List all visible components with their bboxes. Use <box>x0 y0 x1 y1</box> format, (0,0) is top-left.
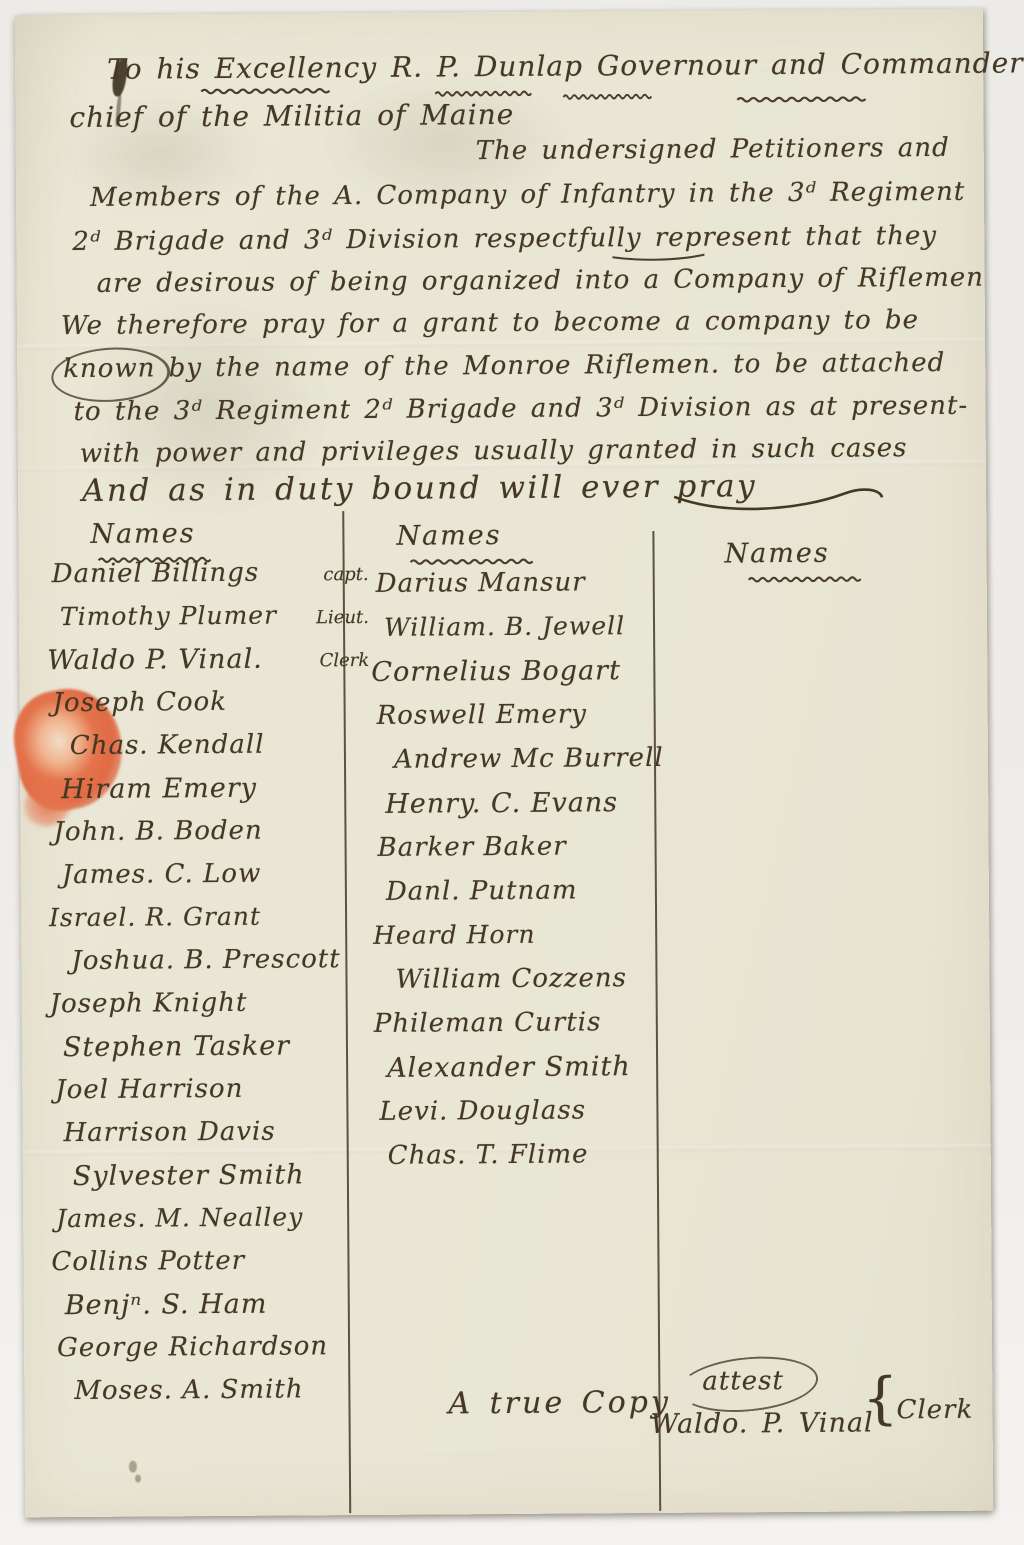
signature-name: Danl. Putnam <box>386 875 578 906</box>
signature-name: Roswell Emery <box>377 699 587 730</box>
signature: Henry. C. Evans <box>372 787 672 833</box>
signature-name: Israel. R. Grant <box>49 902 261 932</box>
signature: Moses. A. Smith <box>52 1374 374 1419</box>
signature-name: George Richardson <box>57 1331 328 1363</box>
signature-name: Collins Potter <box>51 1246 245 1277</box>
pray-flourish <box>674 481 884 516</box>
signature-name: James. C. Low <box>62 859 262 890</box>
signature: Joseph Knight <box>50 987 372 1032</box>
wavy-underline <box>435 90 531 98</box>
names-header-2: Names <box>396 520 501 552</box>
body-line: are desirous of being organized into a C… <box>97 263 985 299</box>
ink-smudge <box>129 1461 137 1473</box>
signature: Collins Potter <box>51 1245 373 1290</box>
signature: William Cozzens <box>373 963 673 1009</box>
signature-role: Clerk <box>319 643 369 671</box>
signature: Hiram Emery <box>48 772 370 817</box>
signature-name: Darius Mansur <box>376 567 586 598</box>
signature: Chas. T. Flime <box>375 1139 675 1185</box>
signature-name: Sylvester Smith <box>73 1159 305 1192</box>
signature-name: Henry. C. Evans <box>385 787 618 820</box>
signature: Benjⁿ. S. Ham <box>52 1288 374 1333</box>
signature: Andrew Mc Burrell <box>372 743 672 789</box>
signature: Joshua. B. Prescott <box>49 944 371 989</box>
body-line: Members of the A. Company of Infantry in… <box>90 177 965 213</box>
wavy-underline <box>749 576 861 584</box>
signature-name: Joseph Knight <box>50 988 248 1019</box>
signature: James. M. Nealley <box>51 1202 373 1247</box>
clerk-title: Clerk <box>896 1395 973 1426</box>
signature: Cornelius Bogart <box>371 655 671 701</box>
signature-role: Lieut. <box>316 600 369 628</box>
signature-name: Joseph Cook <box>52 687 227 718</box>
signature: Israel. R. Grant <box>49 901 371 946</box>
signature-name: Stephen Tasker <box>63 1031 290 1064</box>
signature: John. B. Boden <box>48 815 370 860</box>
brace-glyph: { <box>862 1371 899 1427</box>
signature-name: Chas. T. Flime <box>388 1139 589 1170</box>
signature-name: Waldo P. Vinal. <box>47 644 263 677</box>
signature-name: Hiram Emery <box>61 773 257 805</box>
salutation-line-2: chief of the Militia of Maine <box>69 98 514 134</box>
signature-name: Cornelius Bogart <box>371 655 621 688</box>
signature-name: Joel Harrison <box>55 1074 243 1105</box>
document-page: To his Excellency R. P. Dunlap Governour… <box>15 9 993 1518</box>
signature-name: Barker Baker <box>377 832 566 863</box>
signature: Roswell Emery <box>372 699 672 745</box>
signature-name: Daniel Billings <box>52 558 260 589</box>
body-line: to the 3ᵈ Regiment 2ᵈ Brigade and 3ᵈ Div… <box>73 391 968 427</box>
signature: Danl. Putnam <box>373 875 673 921</box>
signature: Heard Horn <box>373 919 673 965</box>
signature: Barker Baker <box>372 831 672 877</box>
clerk-signature: Waldo. P. Vinal <box>651 1407 874 1440</box>
signature: Harrison Davis <box>50 1116 372 1161</box>
wavy-underline <box>411 558 533 566</box>
names-column-2: Darius Mansur William. B. Jewell Corneli… <box>371 567 675 1185</box>
signature-name: Phileman Curtis <box>374 1007 602 1039</box>
names-header-1: Names <box>90 518 195 550</box>
signature: Joel Harrison <box>50 1073 372 1118</box>
signature: Phileman Curtis <box>374 1007 674 1053</box>
body-line: 2ᵈ Brigade and 3ᵈ Division respectfully … <box>72 221 937 257</box>
wavy-underline <box>201 87 329 95</box>
signature: Waldo P. Vinal. Clerk <box>47 643 369 688</box>
signature-name: John. B. Boden <box>53 816 262 847</box>
signature-name: Heard Horn <box>373 920 536 950</box>
wavy-underline <box>737 95 865 103</box>
signature-name: Joshua. B. Prescott <box>71 944 341 976</box>
signature-name: Timothy Plumer <box>60 601 277 632</box>
true-copy-note: A true Copy <box>448 1385 671 1422</box>
signature: George Richardson <box>52 1331 374 1376</box>
signature-name: Levi. Douglass <box>379 1095 586 1126</box>
signature: Alexander Smith <box>374 1051 674 1097</box>
signature-name: William Cozzens <box>395 963 627 995</box>
signature: Timothy Plumer Lieut. <box>47 600 369 645</box>
signature: Chas. Kendall <box>48 729 370 774</box>
signature-name: Andrew Mc Burrell <box>394 743 664 775</box>
signature-name: Harrison Davis <box>63 1117 275 1148</box>
signature: William. B. Jewell <box>371 611 671 657</box>
signature: Levi. Douglass <box>374 1095 674 1141</box>
signature-name: William. B. Jewell <box>384 611 625 642</box>
signature: Darius Mansur <box>371 567 671 613</box>
signature: Stephen Tasker <box>50 1030 372 1075</box>
body-line: with power and privileges usually grante… <box>80 433 908 469</box>
wavy-underline <box>563 93 651 101</box>
body-line: known by the name of the Monroe Riflemen… <box>63 348 945 384</box>
signature: Joseph Cook <box>47 686 369 731</box>
salutation-line-1: To his Excellency R. P. Dunlap Governour… <box>107 46 1024 86</box>
signature-name: Benjⁿ. S. Ham <box>65 1289 268 1321</box>
signature: Daniel Billings capt. <box>47 557 369 602</box>
names-column-1: Daniel Billings capt. Timothy Plumer Lie… <box>47 557 375 1419</box>
ink-smudge <box>135 1475 141 1483</box>
underline-flourish <box>612 253 704 262</box>
signature-name: Alexander Smith <box>387 1051 631 1084</box>
signature-name: James. M. Nealley <box>56 1202 303 1233</box>
body-line: We therefore pray for a grant to become … <box>61 305 919 341</box>
names-header-3: Names <box>724 538 829 570</box>
body-line: The undersigned Petitioners and <box>476 133 950 166</box>
signature-name: Moses. A. Smith <box>74 1374 303 1406</box>
signature: James. C. Low <box>49 858 371 903</box>
signature-name: Chas. Kendall <box>70 730 265 761</box>
body-closing-line: And as in duty bound will ever pray <box>82 468 757 509</box>
signature: Sylvester Smith <box>51 1159 373 1204</box>
signature-role: capt. <box>323 557 368 585</box>
